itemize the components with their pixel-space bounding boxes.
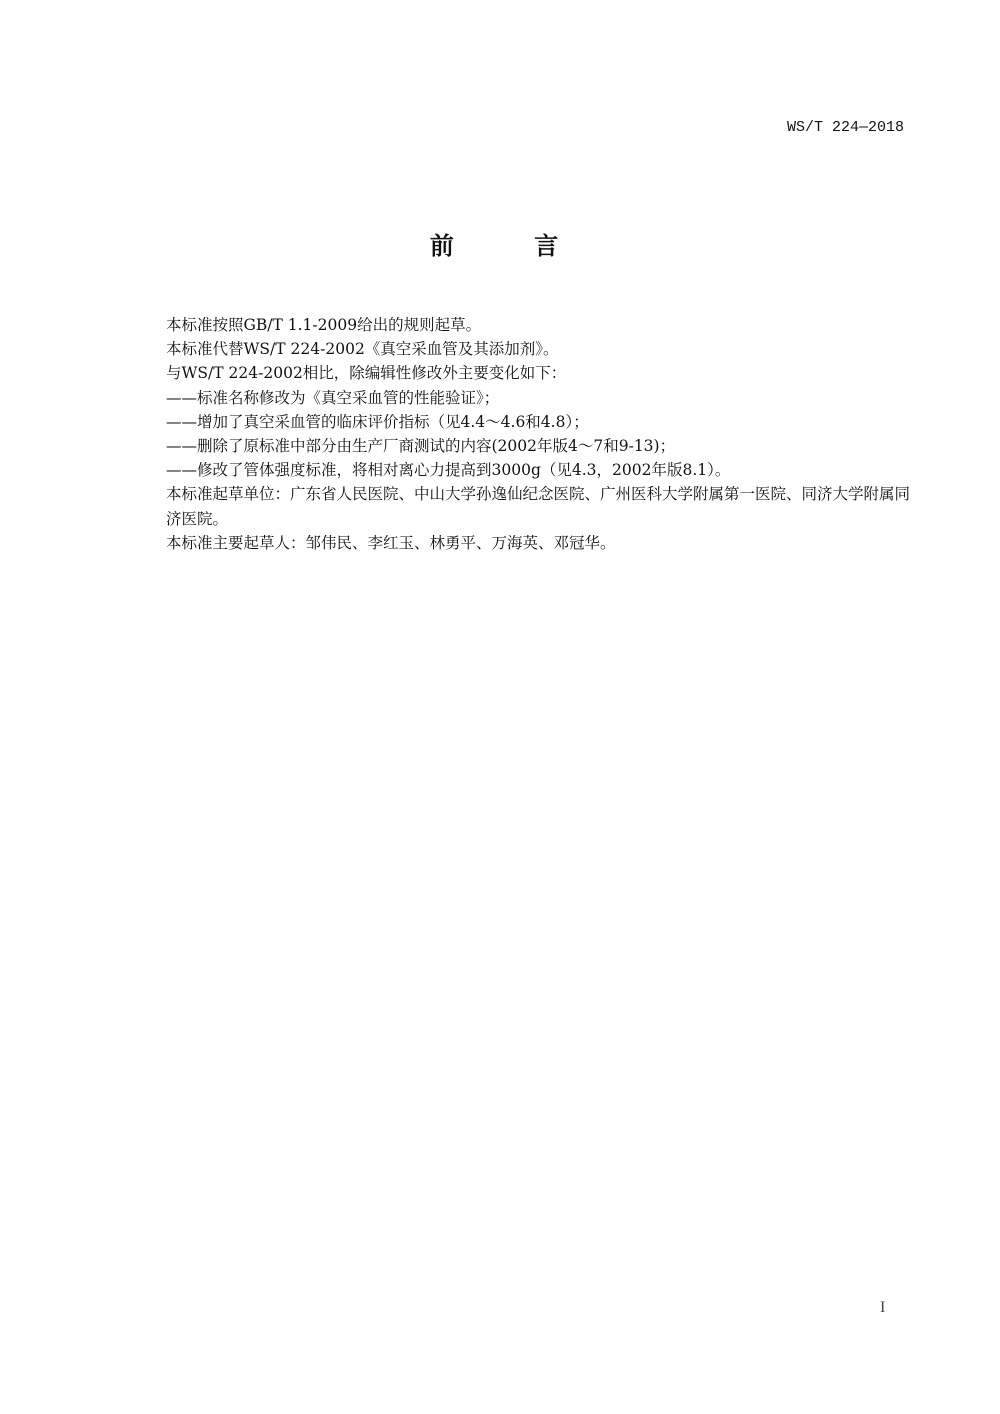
change-item-modified: ——修改了管体强度标准，将相对离心力提高到3000g（见4.3，2002年版8.… bbox=[166, 458, 910, 482]
change-item-name: ——标准名称修改为《真空采血管的性能验证》； bbox=[166, 386, 910, 410]
change-item-deleted: ——删除了原标准中部分由生产厂商测试的内容(2002年版4～7和9-13)； bbox=[166, 434, 910, 458]
paragraph-changes-intro: 与WS/T 224-2002相比，除编辑性修改外主要变化如下： bbox=[166, 361, 910, 385]
standard-code: WS/T 224—2018 bbox=[787, 119, 904, 136]
page-title: 前 言 bbox=[0, 226, 1000, 261]
paragraph-drafting-units: 本标准起草单位：广东省人民医院、中山大学孙逸仙纪念医院、广州医科大学附属第一医院… bbox=[166, 482, 910, 530]
page-number: I bbox=[880, 1299, 885, 1317]
paragraph-drafters: 本标准主要起草人：邹伟民、李红玉、林勇平、万海英、邓冠华。 bbox=[166, 531, 910, 555]
document-body: 本标准按照GB/T 1.1-2009给出的规则起草。 本标准代替WS/T 224… bbox=[166, 313, 910, 555]
paragraph-drafting-rules: 本标准按照GB/T 1.1-2009给出的规则起草。 bbox=[166, 313, 910, 337]
paragraph-replaces: 本标准代替WS/T 224-2002《真空采血管及其添加剂》。 bbox=[166, 337, 910, 361]
change-item-added: ——增加了真空采血管的临床评价指标（见4.4～4.6和4.8）； bbox=[166, 410, 910, 434]
